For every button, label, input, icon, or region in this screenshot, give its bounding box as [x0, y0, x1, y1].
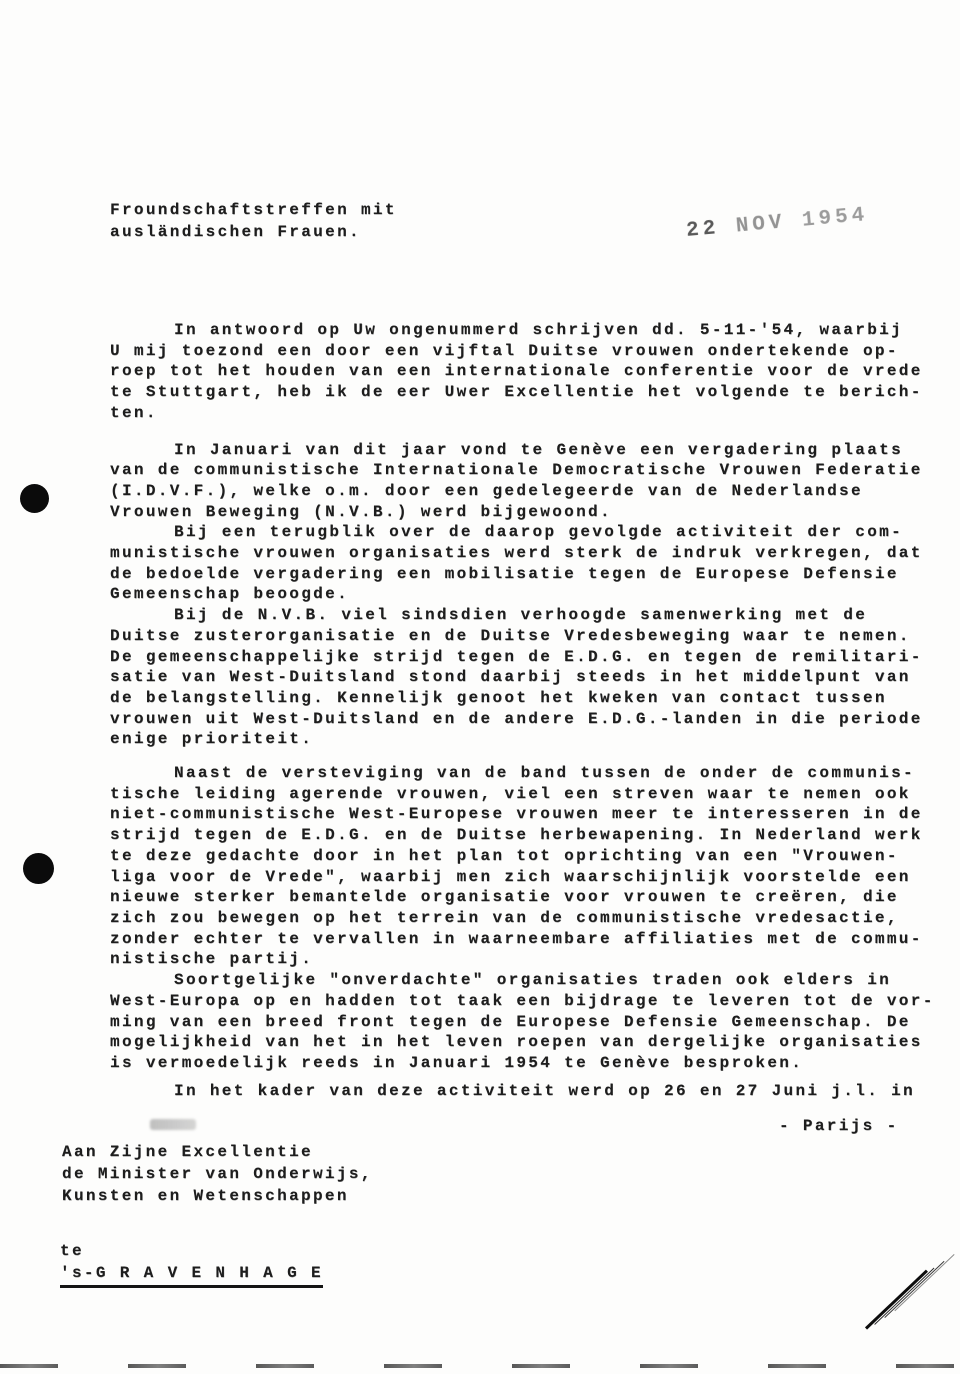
- paragraph-line: Vrouwen Beweging (N.V.B.) werd bijgewoon…: [110, 502, 952, 523]
- paragraph-line: West-Europa op en hadden tot taak een bi…: [110, 991, 952, 1012]
- punch-hole-icon: [20, 484, 49, 513]
- paragraph-line: nieuwe sterker bemantelde organisatie vo…: [110, 887, 952, 908]
- paragraph-line: nistische partij.: [110, 949, 952, 970]
- subject-line: Froundschaftstreffen mit: [110, 200, 397, 222]
- paragraph-line: te Stuttgart, heb ik de eer Uwer Excelle…: [110, 382, 952, 403]
- scanned-letter-page: Froundschaftstreffen mitausländischen Fr…: [0, 0, 960, 1374]
- paragraph: In antwoord op Uw ongenummerd schrijven …: [110, 320, 952, 424]
- paragraph: Naast de versteviging van de band tussen…: [110, 763, 952, 970]
- city-prefix: te: [60, 1240, 323, 1262]
- paragraph-line: liga voor de Vrede", waarbij men zich wa…: [110, 867, 952, 888]
- city-block: te 's-G R A V E N H A G E: [60, 1240, 323, 1288]
- smudge-mark: [150, 1119, 196, 1130]
- paragraph-line: De gemeenschappelijke strijd tegen de E.…: [110, 647, 952, 668]
- paragraph-line: mogelijkheid van het in het leven roepen…: [110, 1032, 952, 1053]
- paragraph: Bij een terugblik over de daarop gevolgd…: [110, 522, 952, 605]
- paragraph-line: van de communistische Internationale Dem…: [110, 460, 952, 481]
- scan-edge-artifact: [0, 1364, 960, 1368]
- paragraph-line: In Januari van dit jaar vond te Genève e…: [110, 440, 952, 461]
- subject-heading: Froundschaftstreffen mitausländischen Fr…: [110, 200, 397, 243]
- paragraph-line: Duitse zusterorganisatie en de Duitse Vr…: [110, 626, 952, 647]
- paragraph-line: enige prioriteit.: [110, 729, 952, 750]
- stamp-month: NOV: [735, 211, 787, 238]
- punch-hole-icon: [23, 853, 54, 884]
- paragraph-line: Bij de N.V.B. viel sindsdien verhoogde s…: [110, 605, 952, 626]
- paragraph-line: ten.: [110, 403, 952, 424]
- place-line: - Parijs -: [779, 1116, 899, 1137]
- date-stamp: 22 NOV 1954: [685, 204, 869, 243]
- paragraph-line: vrouwen uit West-Duitsland en de andere …: [110, 709, 952, 730]
- paragraph-line: niet-communistische West-Europese vrouwe…: [110, 804, 952, 825]
- addressee-block: Aan Zijne Excellentiede Minister van Ond…: [62, 1141, 373, 1207]
- addressee-line: de Minister van Onderwijs,: [62, 1163, 373, 1185]
- pen-stroke-mark: [865, 1270, 928, 1330]
- paragraph-line: (I.D.V.F.), welke o.m. door een gedelege…: [110, 481, 952, 502]
- paragraph-line: roep tot het houden van een internationa…: [110, 361, 952, 382]
- paragraph-line: satie van West-Duitsland stond daarbij s…: [110, 667, 952, 688]
- paragraph-line: In antwoord op Uw ongenummerd schrijven …: [110, 320, 952, 341]
- paragraph: In Januari van dit jaar vond te Genève e…: [110, 440, 952, 523]
- paragraph-line: zich zou bewegen op het terrein van de c…: [110, 908, 952, 929]
- paragraph-line: is vermoedelijk reeds in Januari 1954 te…: [110, 1053, 952, 1074]
- paragraph: Bij de N.V.B. viel sindsdien verhoogde s…: [110, 605, 952, 750]
- paragraph-line: zonder echter te vervallen in waarneemba…: [110, 929, 952, 950]
- paragraph-line: U mij toezond een door een vijftal Duits…: [110, 341, 952, 362]
- paragraph-line: ming van een breed front tegen de Europe…: [110, 1012, 952, 1033]
- addressee-line: Aan Zijne Excellentie: [62, 1141, 373, 1163]
- addressee-line: Kunsten en Wetenschappen: [62, 1185, 373, 1207]
- paragraph-line: de bedoelde vergadering een mobilisatie …: [110, 564, 952, 585]
- paragraph-line: In het kader van deze activiteit werd op…: [110, 1081, 952, 1102]
- stamp-day: 22: [685, 217, 720, 243]
- paragraph-line: tische leiding agerende vrouwen, viel ee…: [110, 784, 952, 805]
- paragraph-line: Gemeenschap beoogde.: [110, 584, 952, 605]
- letter-body: In antwoord op Uw ongenummerd schrijven …: [110, 320, 952, 1101]
- paragraph: In het kader van deze activiteit werd op…: [110, 1081, 952, 1102]
- paragraph-line: de belangstelling. Kennelijk genoot het …: [110, 688, 952, 709]
- paragraph-line: te deze gedachte door in het plan tot op…: [110, 846, 952, 867]
- city-name: 's-G R A V E N H A G E: [60, 1262, 323, 1288]
- stamp-year: 1954: [801, 204, 869, 233]
- paragraph: Soortgelijke "onverdachte" organisaties …: [110, 970, 952, 1074]
- paragraph-line: munistische vrouwen organisaties werd st…: [110, 543, 952, 564]
- paragraph-line: Soortgelijke "onverdachte" organisaties …: [110, 970, 952, 991]
- paragraph-line: strijd tegen de E.D.G. en de Duitse herb…: [110, 825, 952, 846]
- paragraph-line: Naast de versteviging van de band tussen…: [110, 763, 952, 784]
- subject-line: ausländischen Frauen.: [110, 222, 397, 244]
- paragraph-line: Bij een terugblik over de daarop gevolgd…: [110, 522, 952, 543]
